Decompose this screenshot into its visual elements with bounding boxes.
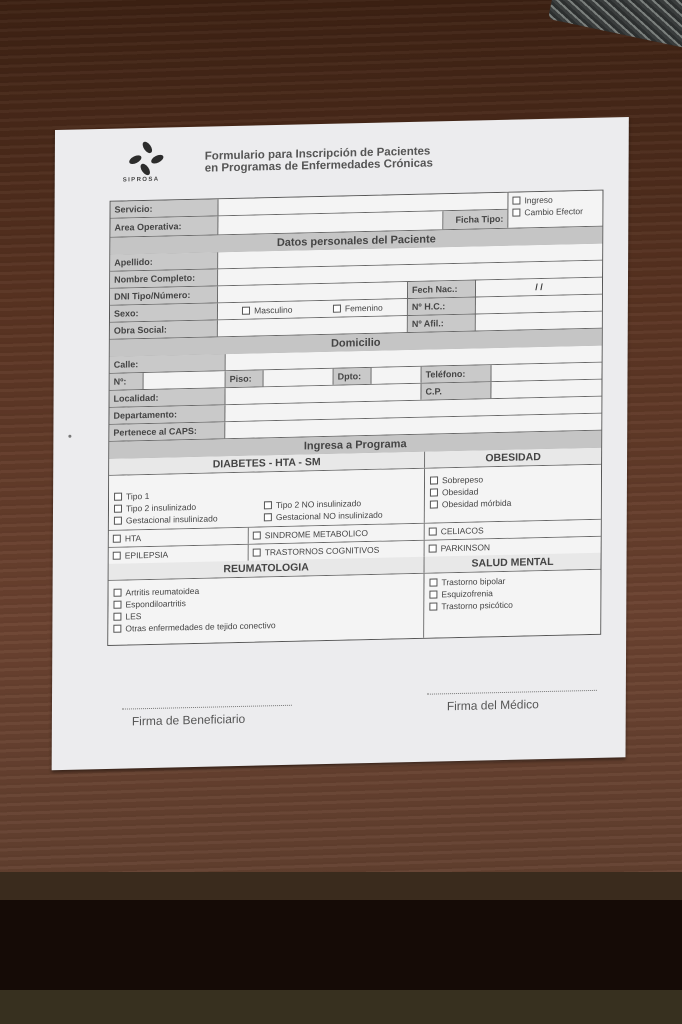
logo-text: SIPROSA xyxy=(123,177,160,184)
form-table: Servicio: Area Operativa: Ficha Tipo: In… xyxy=(107,190,603,646)
option-label: Tipo 2 insulinizado xyxy=(126,502,196,514)
cp-field[interactable] xyxy=(491,380,601,399)
reumatologia-options: Artritis reumatoideaEspondiloartritisLES… xyxy=(108,574,424,645)
servicio-label: Servicio: xyxy=(111,199,219,217)
option-label: Trastorno bipolar xyxy=(441,576,505,587)
trastorno-psicotico-checkbox[interactable]: Trastorno psicótico xyxy=(429,597,595,613)
checkbox-icon xyxy=(264,501,272,509)
option-label: Esquizofrenia xyxy=(441,588,493,599)
cp-label: C.P. xyxy=(421,382,491,400)
checkbox-icon xyxy=(242,307,250,315)
option-label: EPILEPSIA xyxy=(125,550,169,561)
option-label: Otras enfermedades de tejido conectivo xyxy=(125,620,275,633)
checkbox-icon xyxy=(253,531,261,539)
checkbox-icon xyxy=(114,589,122,597)
ficha-tipo-label: Ficha Tipo: xyxy=(443,210,507,229)
ficha-cambio-efector-checkbox[interactable]: Cambio Efector xyxy=(512,205,598,219)
nro-label: Nº: xyxy=(110,373,144,390)
option-label: Obesidad mórbida xyxy=(442,498,512,510)
nombre-completo-label: Nombre Completo: xyxy=(110,269,218,287)
obesidad-options: SobrepesoObesidadObesidad mórbida xyxy=(425,465,601,523)
checkbox-icon xyxy=(114,493,122,501)
sexo-femenino-checkbox[interactable]: Femenino xyxy=(333,302,383,315)
table-edge xyxy=(0,872,682,900)
area-operativa-label: Area Operativa: xyxy=(110,216,218,236)
celiacos-checkbox[interactable]: CELIACOS xyxy=(429,524,484,537)
punch-mark xyxy=(68,435,71,438)
checkbox-icon xyxy=(113,535,121,543)
calle-label: Calle: xyxy=(110,354,226,373)
checkbox-icon xyxy=(113,625,121,633)
checkbox-icon xyxy=(430,476,438,484)
parkinson-checkbox[interactable]: PARKINSON xyxy=(429,541,490,554)
checkbox-icon xyxy=(429,602,437,610)
option-label: HTA xyxy=(125,533,141,543)
firma-beneficiario[interactable]: Firma de Beneficiario xyxy=(122,705,292,729)
nro-afil-field[interactable] xyxy=(476,312,602,331)
checkbox-icon xyxy=(114,517,122,525)
option-label: SINDROME METABOLICO xyxy=(265,528,368,540)
option-label: LES xyxy=(125,611,141,621)
checkbox-icon xyxy=(264,513,272,521)
salud-mental-options: Trastorno bipolarEsquizofreniaTrastorno … xyxy=(424,570,600,638)
gestacional-no-insulinizado-checkbox[interactable]: Gestacional NO insulinizado xyxy=(264,508,419,524)
obra-social-label: Obra Social: xyxy=(110,320,218,338)
option-label: Gestacional insulinizado xyxy=(126,513,218,525)
sexo-label: Sexo: xyxy=(110,303,218,321)
gestacional-insulinizado-checkbox[interactable]: Gestacional insulinizado xyxy=(114,511,264,526)
checkbox-icon xyxy=(429,590,437,598)
checkbox-icon xyxy=(113,613,121,621)
fecha-nacimiento-field[interactable]: / / xyxy=(476,278,602,297)
form-header: SIPROSA Formulario para Inscripción de P… xyxy=(125,132,605,193)
dpto-field[interactable] xyxy=(372,367,422,384)
firma-beneficiario-label: Firma de Beneficiario xyxy=(122,711,292,729)
option-label: PARKINSON xyxy=(441,542,490,553)
option-label: Espondiloartritis xyxy=(125,598,186,609)
option-label: Gestacional NO insulinizado xyxy=(276,510,383,522)
sexo-masculino-checkbox[interactable]: Masculino xyxy=(242,304,292,317)
nro-hc-field[interactable] xyxy=(476,295,602,314)
option-label: CELIACOS xyxy=(441,525,484,536)
checkbox-icon xyxy=(114,505,122,513)
sindrome-metabolico-checkbox[interactable]: SINDROME METABOLICO xyxy=(253,527,368,542)
table-shadow-gap xyxy=(0,900,682,995)
siprosa-logo-icon: SIPROSA xyxy=(125,141,175,190)
piso-field[interactable] xyxy=(264,369,334,387)
option-label: Femenino xyxy=(345,303,383,314)
option-label: Trastorno psicótico xyxy=(441,600,513,612)
checkbox-icon xyxy=(113,552,121,560)
checkbox-icon xyxy=(429,578,437,586)
checkbox-icon xyxy=(429,527,437,535)
option-label: TRASTORNOS COGNITIVOS xyxy=(265,545,380,558)
nro-field[interactable] xyxy=(144,371,226,389)
obesidad-morbida-checkbox[interactable]: Obesidad mórbida xyxy=(430,495,596,511)
firma-medico[interactable]: Firma del Médico xyxy=(427,690,597,714)
epilepsia-checkbox[interactable]: EPILEPSIA xyxy=(113,549,169,562)
option-label: Cambio Efector xyxy=(524,206,583,217)
form-title: Formulario para Inscripción de Pacientes… xyxy=(205,145,433,174)
checkbox-icon xyxy=(512,196,520,204)
checkbox-icon xyxy=(333,305,341,313)
trastornos-cognitivos-checkbox[interactable]: TRASTORNOS COGNITIVOS xyxy=(253,544,380,559)
table-lower-shelf xyxy=(0,990,682,1024)
telefono-label: Teléfono: xyxy=(422,365,492,383)
option-label: Sobrepeso xyxy=(442,474,483,485)
localidad-label: Localidad: xyxy=(110,388,226,407)
checkbox-icon xyxy=(113,601,121,609)
signature-line xyxy=(122,705,292,710)
registration-form-paper: SIPROSA Formulario para Inscripción de P… xyxy=(52,117,629,770)
checkbox-icon xyxy=(253,548,261,556)
checkbox-icon xyxy=(430,500,438,508)
diabetes-options-col1: Tipo 1Tipo 2 insulinizadoGestacional ins… xyxy=(114,475,264,526)
option-label: Ingreso xyxy=(524,195,552,206)
dpto-label: Dpto: xyxy=(334,368,372,385)
nro-hc-label: Nº H.C.: xyxy=(408,297,476,315)
option-label: Obesidad xyxy=(442,486,478,497)
option-label: Tipo 1 xyxy=(126,491,149,502)
checkbox-icon xyxy=(512,208,520,216)
programa-grid-cell: HTA xyxy=(109,528,249,547)
dni-label: DNI Tipo/Número: xyxy=(110,286,218,304)
fecha-nacimiento-label: Fech Nac.: xyxy=(408,280,476,298)
caps-label: Pertenece al CAPS: xyxy=(109,422,225,441)
checkbox-icon xyxy=(430,488,438,496)
nro-afil-label: Nº Afil.: xyxy=(408,314,476,332)
hta-checkbox[interactable]: HTA xyxy=(113,532,141,545)
option-label: Masculino xyxy=(254,305,292,316)
firma-medico-label: Firma del Médico xyxy=(427,696,597,714)
signature-line xyxy=(427,690,597,695)
checkbox-icon xyxy=(429,544,437,552)
departamento-label: Departamento: xyxy=(109,405,225,424)
apellido-label: Apellido: xyxy=(110,252,218,270)
diabetes-options-col2: Tipo 2 NO insulinizadoGestacional NO ins… xyxy=(264,472,419,524)
option-label: Artritis reumatoidea xyxy=(126,586,200,598)
piso-label: Piso: xyxy=(226,370,264,387)
option-label: Tipo 2 NO insulinizado xyxy=(276,498,361,510)
telefono-field[interactable] xyxy=(492,363,602,382)
